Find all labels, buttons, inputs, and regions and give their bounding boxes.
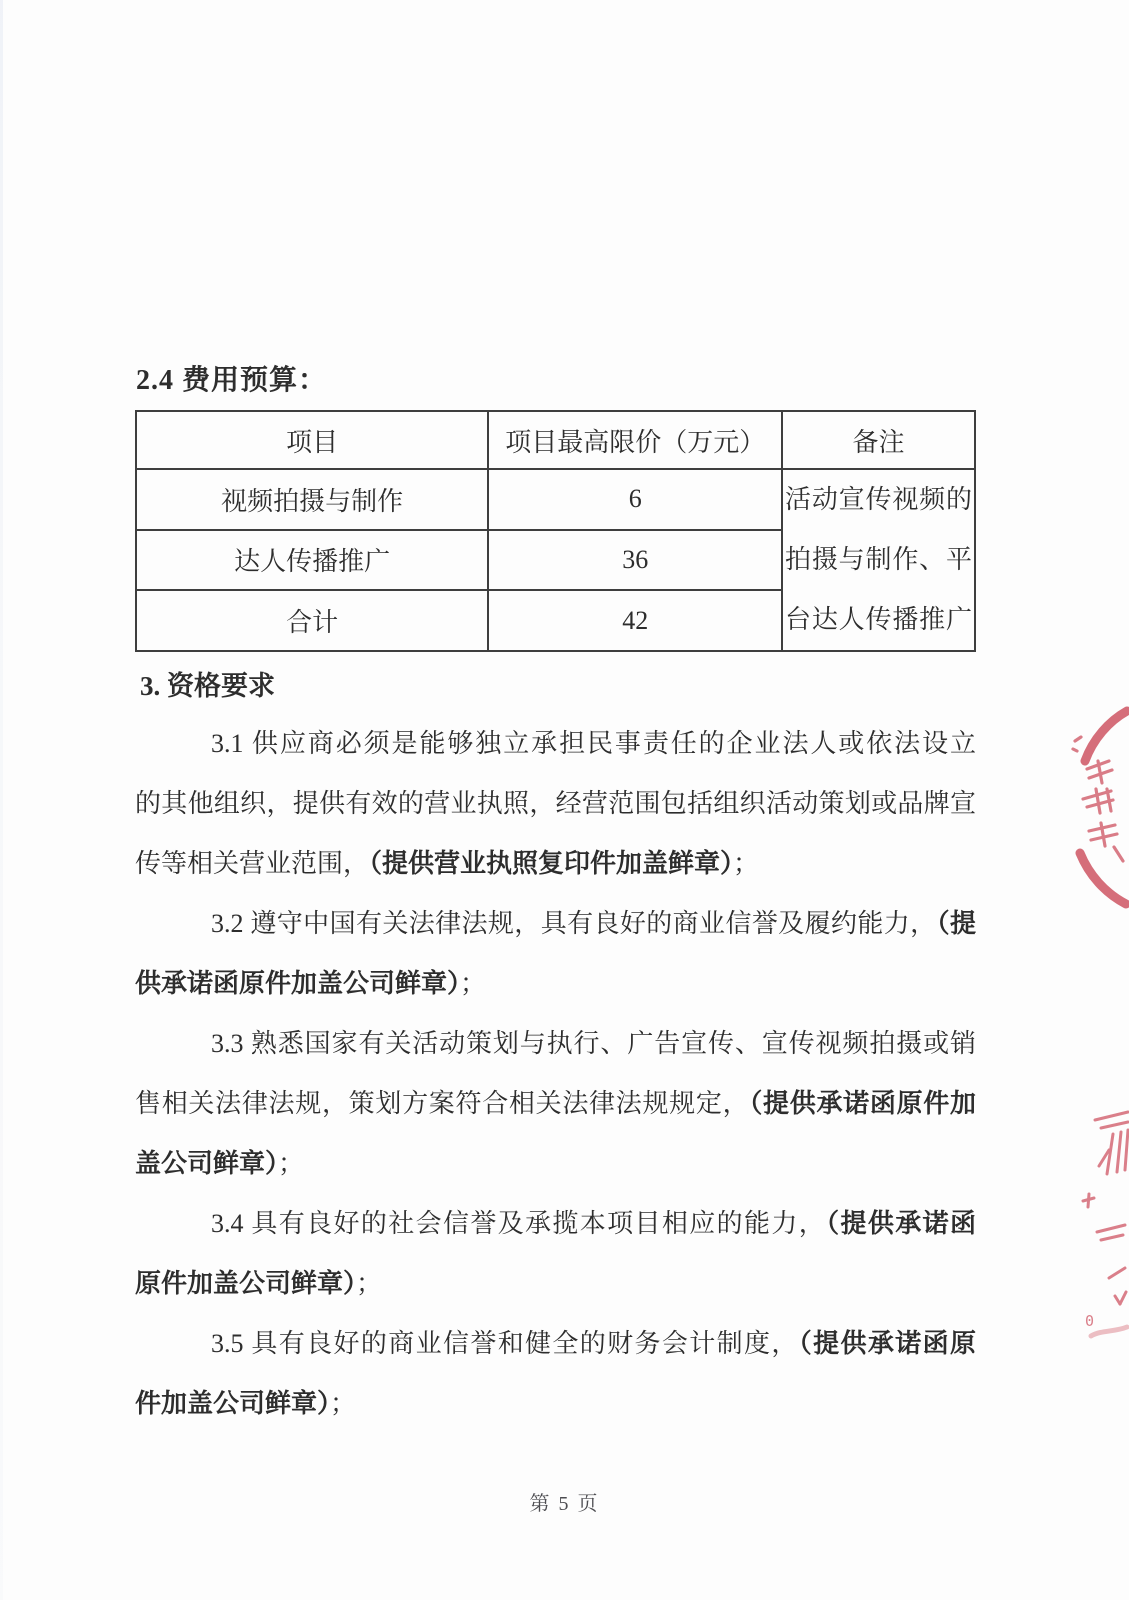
text-line: 的其他组织，提供有效的营业执照，经营范围包括组织活动策划或品牌宣 (135, 774, 976, 834)
cell-remark: 活动宣传视频的 拍摄与制作、平 台达人传播推广 (782, 469, 975, 651)
text-run: ； (278, 1149, 304, 1178)
text-run: （提供营业执照复印件加盖鲜章） (369, 849, 733, 878)
text-line: 3.5 具有良好的商业信誉和健全的财务会计制度，（提供承诺函原 (135, 1314, 976, 1374)
budget-table: 项目 项目最高限价（万元） 备注 视频拍摄与制作 6 活动宣传视频的 拍摄与制作… (135, 410, 976, 652)
cell-item: 合计 (136, 590, 488, 651)
text-run: ； (330, 1389, 356, 1418)
red-seal-fragment-icon: 0 (1073, 1108, 1129, 1343)
text-line: 3.4 具有良好的社会信誉及承揽本项目相应的能力，（提供承诺函 (135, 1194, 976, 1254)
table-header-row: 项目 项目最高限价（万元） 备注 (136, 411, 975, 469)
text-line: 售相关法律法规，策划方案符合相关法律法规规定，（提供承诺函原件加 (135, 1074, 976, 1134)
page-number: 第 5 页 (0, 1487, 1129, 1516)
text-run: ； (356, 1269, 382, 1298)
text-line: 3.1 供应商必须是能够独立承担民事责任的企业法人或依法设立 (135, 714, 976, 774)
text-run: 原件加盖公司鲜章） (135, 1269, 356, 1298)
text-run: （提供承诺函 (826, 1209, 976, 1238)
text-line: 传等相关营业范围，（提供营业执照复印件加盖鲜章）； (135, 834, 976, 894)
text-line: 盖公司鲜章）； (135, 1134, 976, 1194)
text-line: 供承诺函原件加盖公司鲜章）； (135, 954, 976, 1014)
text-run: ； (460, 969, 486, 998)
text-run: 供承诺函原件加盖公司鲜章） (135, 969, 460, 998)
text-run: （提供承诺函原 (799, 1329, 976, 1358)
cell-item: 达人传播推广 (136, 530, 488, 591)
document-page: 2.4 费用预算： 项目 项目最高限价（万元） 备注 视频拍摄与制作 6 活动宣… (0, 0, 1129, 1600)
cell-price: 42 (488, 590, 782, 651)
qualification-body-text: 3.1 供应商必须是能够独立承担民事责任的企业法人或依法设立的其他组织，提供有效… (135, 714, 976, 1434)
text-line: 件加盖公司鲜章）； (135, 1374, 976, 1434)
column-header-remark: 备注 (782, 411, 975, 469)
red-seal-fragment-icon (1067, 703, 1129, 915)
text-run: 3.4 具有良好的社会信誉及承揽本项目相应的能力， (211, 1209, 826, 1238)
text-run: 3.2 遵守中国有关法律法规，具有良好的商业信誉及履约能力， (211, 909, 937, 938)
text-run: 传等相关营业范围， (135, 849, 369, 878)
qualification-section-heading: 3. 资格要求 (140, 668, 275, 704)
text-run: （提供承诺函原件加 (749, 1089, 976, 1118)
cell-item: 视频拍摄与制作 (136, 469, 488, 530)
cell-price: 6 (488, 469, 782, 530)
seal-digit: 0 (1085, 1312, 1094, 1330)
text-line: 3.2 遵守中国有关法律法规，具有良好的商业信誉及履约能力，（提 (135, 894, 976, 954)
text-run: 3.5 具有良好的商业信誉和健全的财务会计制度， (211, 1329, 799, 1358)
scan-edge-shadow (0, 0, 3, 1600)
column-header-price: 项目最高限价（万元） (488, 411, 782, 469)
text-run: ； (733, 849, 759, 878)
column-header-item: 项目 (136, 411, 488, 469)
text-run: 3.3 熟悉国家有关活动策划与执行、广告宣传、宣传视频拍摄或销 (211, 1029, 976, 1058)
table-row: 视频拍摄与制作 6 活动宣传视频的 拍摄与制作、平 台达人传播推广 (136, 469, 975, 530)
text-run: 的其他组织，提供有效的营业执照，经营范围包括组织活动策划或品牌宣 (135, 789, 976, 818)
cell-price: 36 (488, 530, 782, 591)
text-run: 盖公司鲜章） (135, 1149, 278, 1178)
text-run: 售相关法律法规，策划方案符合相关法律法规规定， (135, 1089, 749, 1118)
text-run: （提 (937, 909, 976, 938)
budget-section-heading: 2.4 费用预算： (136, 358, 327, 398)
text-run: 3.1 供应商必须是能够独立承担民事责任的企业法人或依法设立 (211, 729, 976, 758)
text-line: 原件加盖公司鲜章）； (135, 1254, 976, 1314)
text-line: 3.3 熟悉国家有关活动策划与执行、广告宣传、宣传视频拍摄或销 (135, 1014, 976, 1074)
text-run: 件加盖公司鲜章） (135, 1389, 330, 1418)
